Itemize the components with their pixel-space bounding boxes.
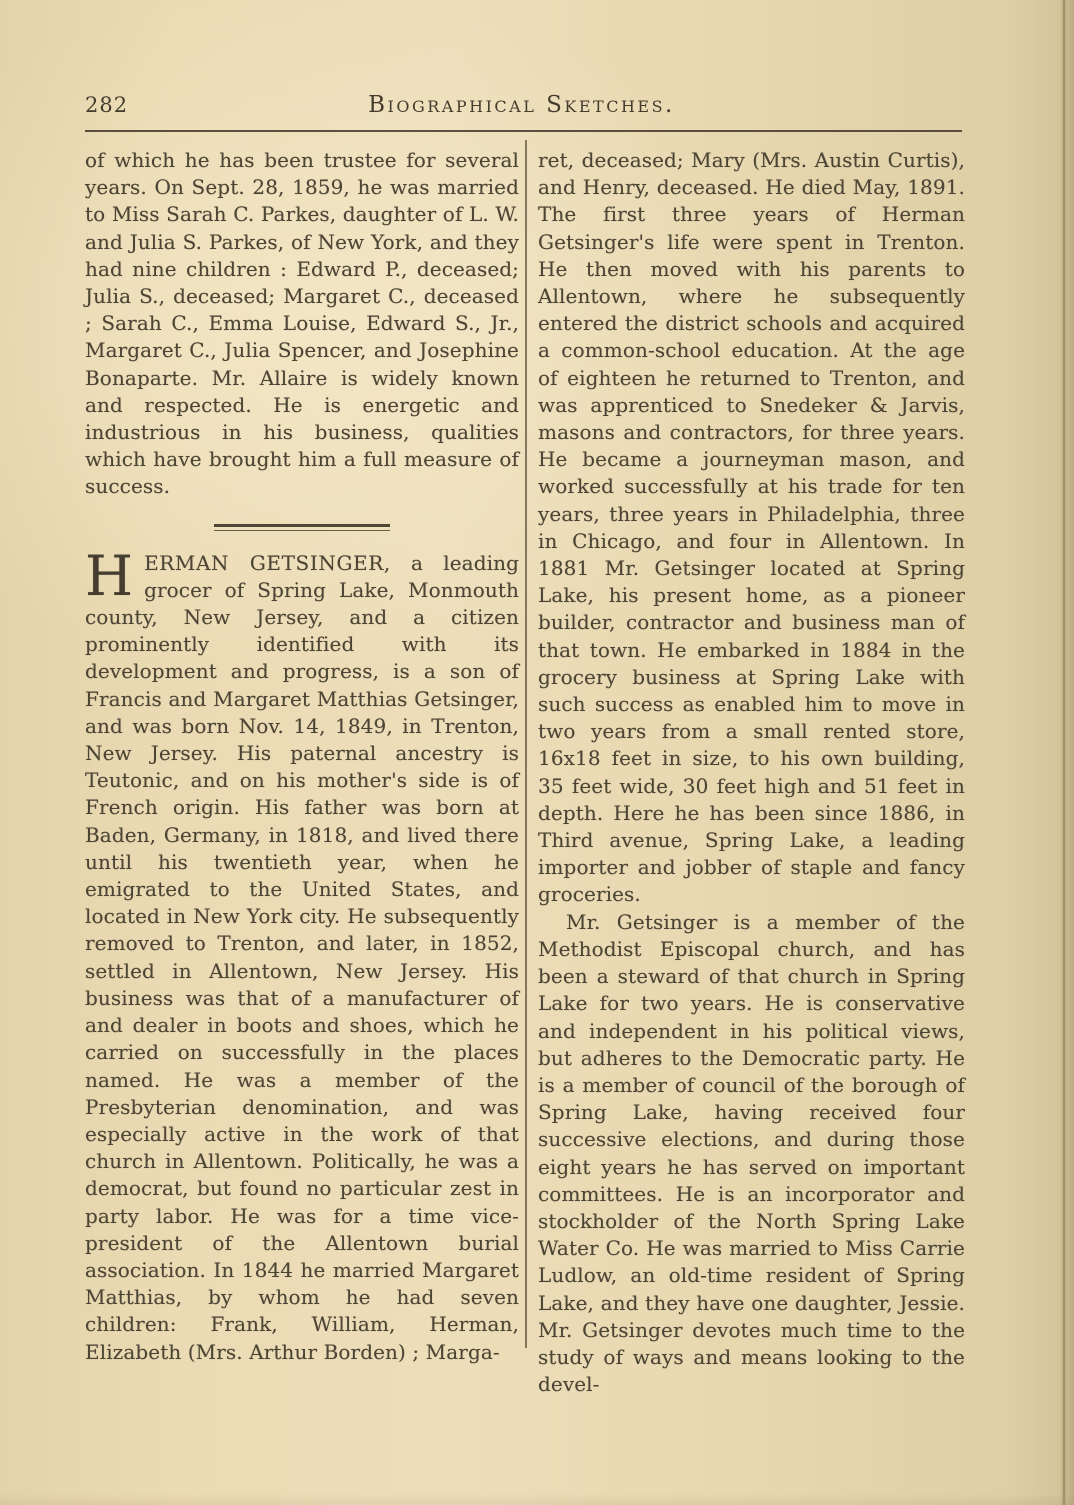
- page-edge-line: [1063, 0, 1065, 1505]
- getsinger-church-civic-paragraph: Mr. Getsinger is a member of the Methodi…: [538, 909, 965, 1399]
- getsinger-opening-paragraph: HERMAN GETSINGER, a leading grocer of Sp…: [85, 550, 519, 1366]
- book-page: 282 Biographical Sketches. of which he h…: [0, 0, 1074, 1505]
- running-title: Biographical Sketches.: [85, 92, 958, 118]
- dropcap-letter-h: H: [85, 550, 144, 600]
- getsinger-opening-text: a leading grocer of Spring Lake, Monmout…: [85, 551, 519, 1364]
- column-divider-rule: [525, 140, 527, 1348]
- header-rule: [85, 130, 962, 132]
- getsinger-name-caps: ERMAN GETSINGER,: [144, 551, 391, 575]
- left-column: of which he has been trustee for several…: [85, 147, 519, 1366]
- right-column: ret, deceased; Mary (Mrs. Austin Curtis)…: [538, 147, 965, 1398]
- bottom-edge-shade: [0, 1493, 1074, 1505]
- allaire-continuation-paragraph: of which he has been trustee for several…: [85, 147, 519, 501]
- getsinger-continuation-paragraph: ret, deceased; Mary (Mrs. Austin Curtis)…: [538, 147, 965, 909]
- section-separator-rule: [214, 524, 390, 531]
- page-edge-shade: [1058, 0, 1074, 1505]
